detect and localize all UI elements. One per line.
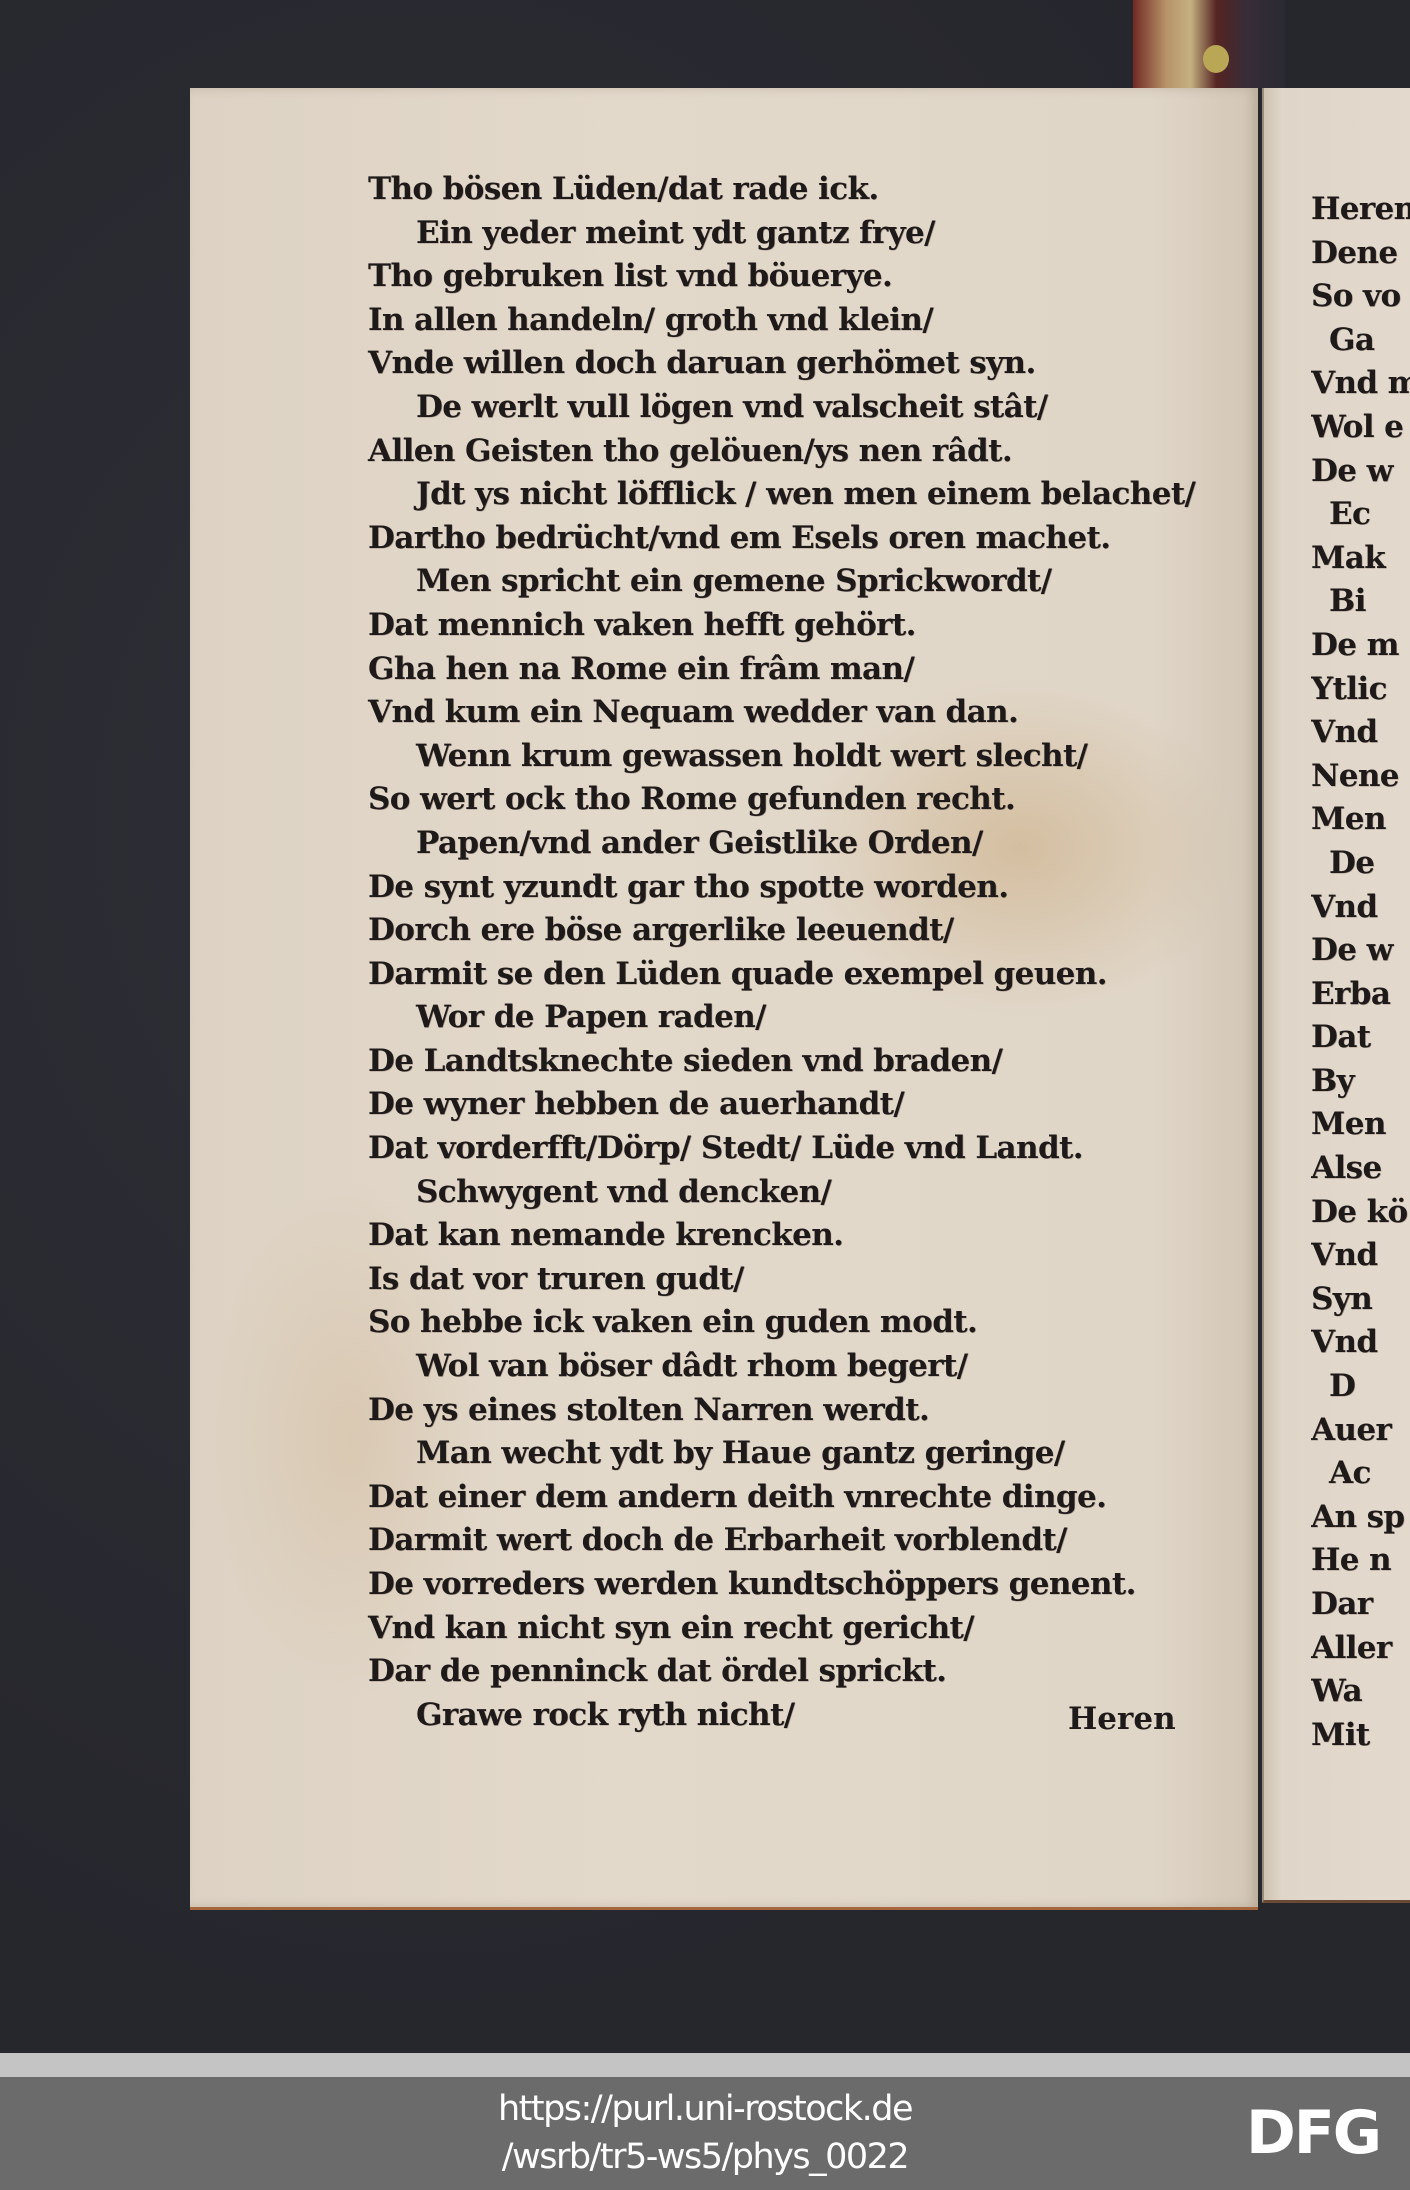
text-line: Auer [1311, 1409, 1410, 1453]
left-page-text: Tho bösen Lüden/dat rade ick.Ein yeder m… [368, 168, 1248, 1737]
text-line: De w [1311, 929, 1410, 973]
text-line: De Landtsknechte sieden vnd braden/ [368, 1040, 1248, 1084]
text-line: Men [1311, 1103, 1410, 1147]
text-line: Dat kan nemande krencken. [368, 1214, 1248, 1258]
text-line: Dar de penninck dat ördel sprickt. [368, 1650, 1248, 1694]
text-line: Wenn krum gewassen holdt wert slecht/ [368, 735, 1248, 779]
text-line: By [1311, 1060, 1410, 1104]
text-line: He n [1311, 1539, 1410, 1583]
text-line: In allen handeln/ groth vnd klein/ [368, 299, 1248, 343]
text-line: Ga [1311, 319, 1410, 363]
permalink[interactable]: https://purl.uni-rostock.de /wsrb/tr5-ws… [0, 2085, 1410, 2181]
text-line: Vnd [1311, 711, 1410, 755]
text-line: Vnd kan nicht syn ein recht gericht/ [368, 1607, 1248, 1651]
text-line: Man wecht ydt by Haue gantz geringe/ [368, 1432, 1248, 1476]
text-line: Ec [1311, 493, 1410, 537]
text-line: Ein yeder meint ydt gantz frye/ [368, 212, 1248, 256]
catchword: Heren [1068, 1698, 1176, 1742]
text-line: Vnd m [1311, 362, 1410, 406]
text-line: Alse [1311, 1147, 1410, 1191]
text-line: Mak [1311, 537, 1410, 581]
text-line: Darmit se den Lüden quade exempel geuen. [368, 953, 1248, 997]
text-line: Vnd [1311, 1321, 1410, 1365]
text-line: An sp [1311, 1496, 1410, 1540]
text-line: Vnde willen doch daruan gerhömet syn. [368, 342, 1248, 386]
text-line: Heren [1311, 188, 1410, 232]
text-line: Syn [1311, 1278, 1410, 1322]
text-line: Dar [1311, 1583, 1410, 1627]
text-line: Darmit wert doch de Erbarheit vorblendt/ [368, 1519, 1248, 1563]
text-line: So vo [1311, 275, 1410, 319]
text-line: Mit [1311, 1714, 1410, 1758]
text-line: De [1311, 842, 1410, 886]
text-line: De werlt vull lögen vnd valscheit stât/ [368, 386, 1248, 430]
text-line: Erba [1311, 973, 1410, 1017]
text-line: Allen Geisten tho gelöuen/ys nen râdt. [368, 430, 1248, 474]
text-line: Wol e [1311, 406, 1410, 450]
text-line: Tho gebruken list vnd böuerye. [368, 255, 1248, 299]
text-line: De kö [1311, 1191, 1410, 1235]
text-line: De w [1311, 450, 1410, 494]
text-line: Vnd [1311, 886, 1410, 930]
text-line: Dat [1311, 1016, 1410, 1060]
footer-separator [0, 2053, 1410, 2077]
text-line: Dat vorderfft/Dörp/ Stedt/ Lüde vnd Land… [368, 1127, 1248, 1171]
text-line: Dene [1311, 232, 1410, 276]
binding-ornament [1203, 45, 1229, 73]
permalink-line-2[interactable]: /wsrb/tr5-ws5/phys_0022 [0, 2133, 1410, 2181]
text-line: Dartho bedrücht/vnd em Esels oren machet… [368, 517, 1248, 561]
footer: https://purl.uni-rostock.de /wsrb/tr5-ws… [0, 2077, 1410, 2190]
text-line: Vnd kum ein Nequam wedder van dan. [368, 691, 1248, 735]
text-line: Jdt ys nicht löfflick / wen men einem be… [368, 473, 1248, 517]
book-binding-edge [1133, 0, 1285, 88]
text-line: Men spricht ein gemene Sprickwordt/ [368, 560, 1248, 604]
text-line: Vnd [1311, 1234, 1410, 1278]
text-line: Gha hen na Rome ein frâm man/ [368, 648, 1248, 692]
text-line: Bi [1311, 580, 1410, 624]
text-line: Wa [1311, 1670, 1410, 1714]
text-line: Papen/vnd ander Geistlike Orden/ [368, 822, 1248, 866]
text-line: De wyner hebben de auerhandt/ [368, 1083, 1248, 1127]
dfg-logo: DFG [1246, 2105, 1380, 2161]
text-line: So wert ock tho Rome gefunden recht. [368, 778, 1248, 822]
text-line: De synt yzundt gar tho spotte worden. [368, 866, 1248, 910]
text-line: De ys eines stolten Narren werdt. [368, 1389, 1248, 1433]
text-line: Ytlic [1311, 668, 1410, 712]
text-line: Tho bösen Lüden/dat rade ick. [368, 168, 1248, 212]
text-line: D [1311, 1365, 1410, 1409]
text-line: Dorch ere böse argerlike leeuendt/ [368, 909, 1248, 953]
text-line: De vorreders werden kundtschöppers genen… [368, 1563, 1248, 1607]
text-line: Is dat vor truren gudt/ [368, 1258, 1248, 1302]
text-line: Ac [1311, 1452, 1410, 1496]
text-line: So hebbe ick vaken ein guden modt. [368, 1301, 1248, 1345]
permalink-line-1[interactable]: https://purl.uni-rostock.de [0, 2085, 1410, 2133]
text-line: Schwygent vnd dencken/ [368, 1171, 1248, 1215]
text-line: Nene [1311, 755, 1410, 799]
text-line: Aller [1311, 1627, 1410, 1671]
text-line: Men [1311, 798, 1410, 842]
right-page-text: HerenDeneSo voGaVnd mWol eDe wEcMakBiDe … [1311, 188, 1410, 1757]
text-line: Wor de Papen raden/ [368, 996, 1248, 1040]
text-line: Wol van böser dâdt rhom begert/ [368, 1345, 1248, 1389]
text-line: De m [1311, 624, 1410, 668]
text-line: Dat einer dem andern deith vnrechte ding… [368, 1476, 1248, 1520]
text-line: Dat mennich vaken hefft gehört. [368, 604, 1248, 648]
